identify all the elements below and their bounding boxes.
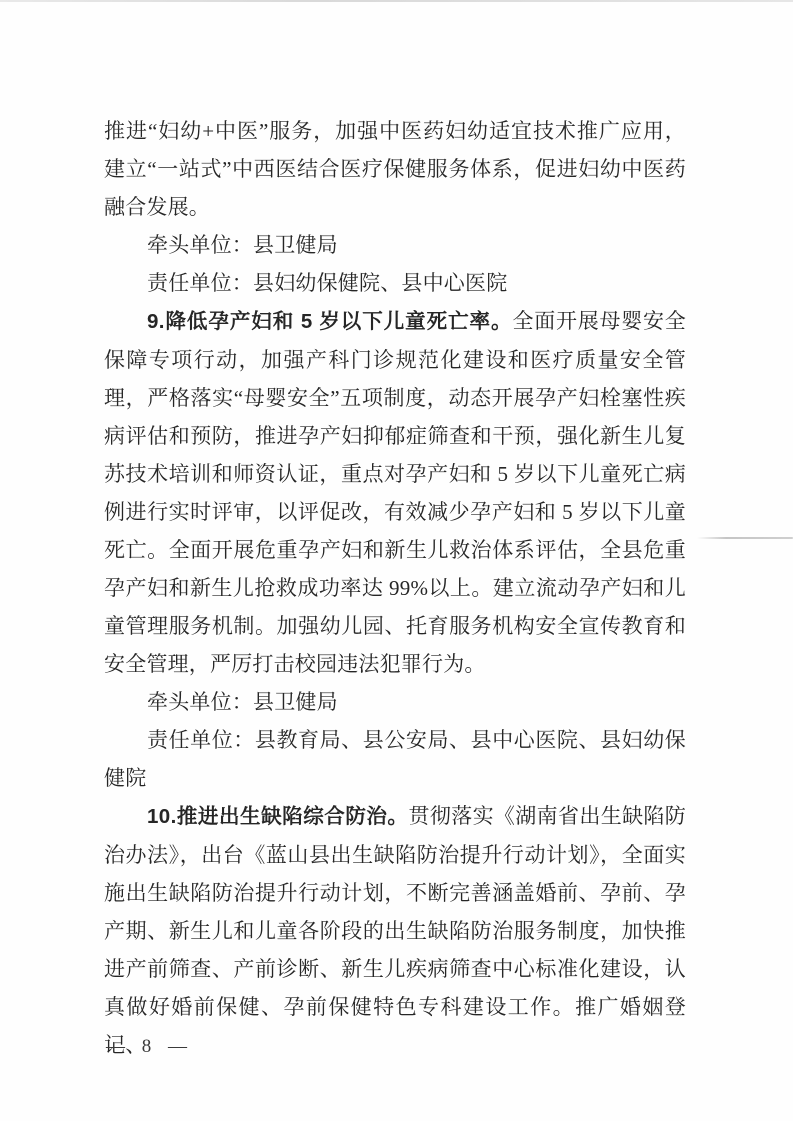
unit-label-text: 牵头单位：县卫健局 [147,233,338,257]
paragraph-heading: 9.降低孕产妇和 5 岁以下儿童死亡率。 [147,310,512,333]
scan-streak-artifact [697,537,793,539]
unit-label-line: 牵头单位：县卫健局 [104,683,686,721]
paragraph: 9.降低孕产妇和 5 岁以下儿童死亡率。全面开展母婴安全保障专项行动，加强产科门… [104,302,686,683]
paragraph-text: 责任单位：县教育局、县公安局、县中心医院、县妇幼保健院 [104,728,686,790]
unit-label-line: 牵头单位：县卫健局 [104,226,686,264]
paragraph-heading: 10.推进出生缺陷综合防治。 [147,805,409,828]
paragraph: 责任单位：县教育局、县公安局、县中心医院、县妇幼保健院 [104,721,686,797]
unit-label-line: 责任单位：县妇幼保健院、县中心医院 [104,264,686,302]
paragraph-text: 全面开展母婴安全保障专项行动，加强产科门诊规范化建设和医疗质量安全管理，严格落实… [104,309,686,676]
paragraph: 10.推进出生缺陷综合防治。贯彻落实《湖南省出生缺陷防治办法》，出台《蓝山县出生… [104,797,686,1064]
unit-label-text: 牵头单位：县卫健局 [147,690,338,714]
document-body: 推进“妇幼+中医”服务，加强中医药妇幼适宜技术推广应用，建立“一站式”中西医结合… [104,112,686,1064]
scan-edge-artifact [0,0,793,2]
paragraph: 推进“妇幼+中医”服务，加强中医药妇幼适宜技术推广应用，建立“一站式”中西医结合… [104,112,686,226]
paragraph-text: 贯彻落实《湖南省出生缺陷防治办法》，出台《蓝山县出生缺陷防治提升行动计划》，全面… [104,804,686,1057]
page-number: — 8 — [106,1033,193,1061]
document-page: 推进“妇幼+中医”服务，加强中医药妇幼适宜技术推广应用，建立“一站式”中西医结合… [0,0,793,1121]
paragraph-text: 推进“妇幼+中医”服务，加强中医药妇幼适宜技术推广应用，建立“一站式”中西医结合… [104,119,686,219]
unit-label-text: 责任单位：县妇幼保健院、县中心医院 [147,271,507,295]
